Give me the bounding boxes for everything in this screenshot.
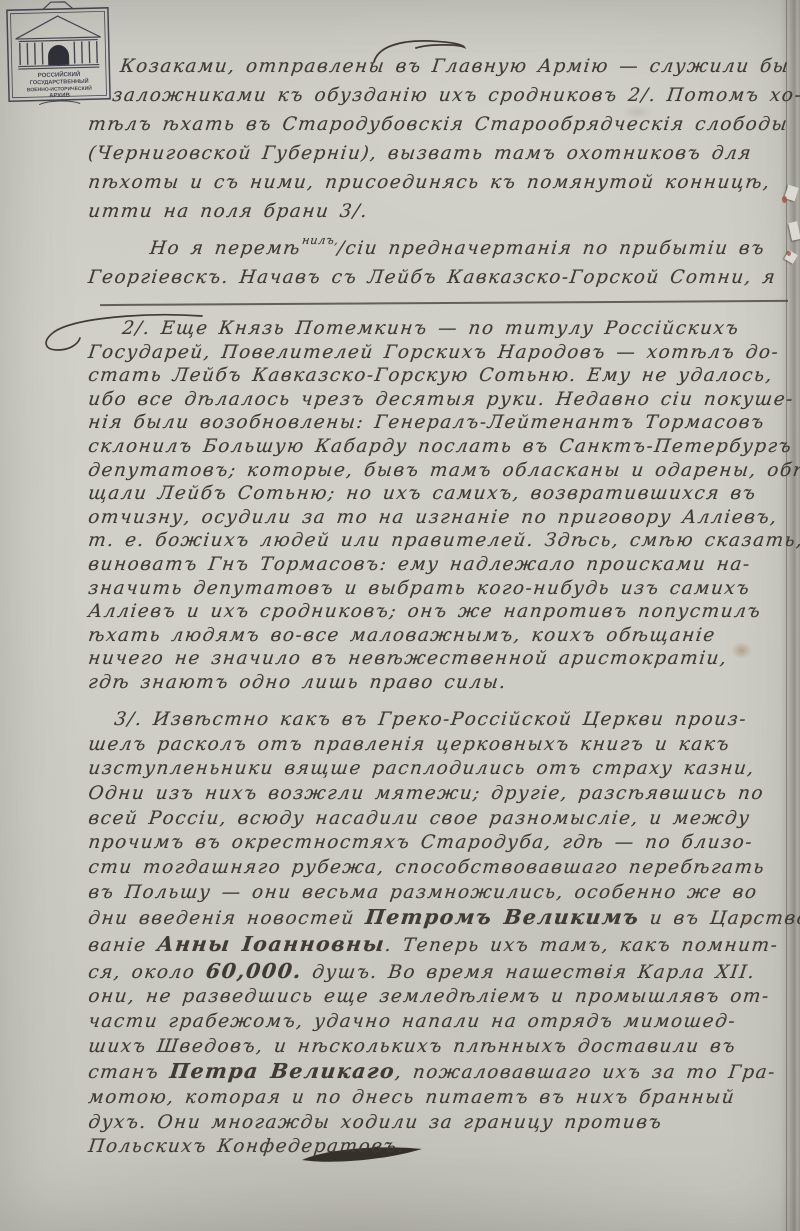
manuscript-line: дни введенія новостей Петромъ Великимъ и… xyxy=(87,905,800,932)
manuscript-line: пѣхоты и съ ними, присоединясь къ помяну… xyxy=(87,168,800,197)
manuscript-line: части грабежомъ, удачно напали на отрядъ… xyxy=(87,1010,800,1035)
manuscript-line: шихъ Шведовъ, и нѣсколькихъ плѣнныхъ дос… xyxy=(87,1035,800,1060)
text-segment: Но я перемѣ xyxy=(149,238,303,259)
manuscript-line: духъ. Они многажды ходили за границу про… xyxy=(87,1111,800,1136)
manuscript-line: 3/. Извѣстно какъ въ Греко-Россійской Це… xyxy=(113,708,800,733)
text-segment: Одни изъ нихъ возжгли мятежи; другіе, ра… xyxy=(87,783,765,804)
manuscript-line: итти на поля брани 3/. xyxy=(87,197,800,226)
text-segment: душъ. Во время нашествія Карла XII. xyxy=(301,962,757,983)
manuscript-line: депутатовъ; которые, бывъ тамъ обласканы… xyxy=(87,459,800,483)
stamp-text-line: АРХИВ xyxy=(49,93,71,100)
text-segment: станъ xyxy=(87,1062,171,1083)
text-segment: ничего не значило въ невѣжественной арис… xyxy=(87,648,729,669)
text-segment: т. е. божіихъ людей или правителей. Здѣс… xyxy=(87,530,800,551)
text-segment: сти тогдашняго рубежа, способствовавшаго… xyxy=(87,857,766,878)
inserted-word: нилъ, xyxy=(301,233,339,247)
manuscript-line: Георгіевскъ. Начавъ съ Лейбъ Кавказско-Г… xyxy=(87,263,800,292)
text-segment: шихъ Шведовъ, и нѣсколькихъ плѣнныхъ дос… xyxy=(87,1036,737,1057)
manuscript-line: ваніе Анны Іоанновны. Теперь ихъ тамъ, к… xyxy=(87,932,800,959)
manuscript-line: щали Лейбъ Сотьню; но ихъ самихъ, возвра… xyxy=(87,482,800,506)
text-segment: пѣхоты и съ ними, присоединясь къ помяну… xyxy=(87,172,772,193)
text-segment: заложниками къ обузданію ихъ сродниковъ … xyxy=(111,85,800,106)
manuscript-line: виноватъ Гнъ Тормасовъ: ему надлежало пр… xyxy=(87,553,800,577)
manuscript-line: отчизну, осудили за то на изгнаніе по пр… xyxy=(87,506,800,530)
document-page: РОССИЙСКИЙ ГОСУДАРСТВЕННЫЙ ВОЕННО-ИСТОРИ… xyxy=(0,0,800,1231)
text-segment: /сіи предначертанія по прибытіи въ xyxy=(336,238,766,259)
text-segment: Петромъ Великимъ xyxy=(364,905,641,929)
text-segment: стать Лейбъ Кавказско-Горскую Сотьню. Ем… xyxy=(87,365,774,386)
text-segment: въ Польшу — они весьма размножились, осо… xyxy=(87,882,759,903)
text-segment: гдѣ знаютъ одно лишь право силы. xyxy=(87,672,508,693)
text-segment: изступленьники вящше расплодились отъ ст… xyxy=(87,758,756,779)
manuscript-line: ся, около 60,000. душъ. Во время нашеств… xyxy=(87,959,800,986)
manuscript-line: (Черниговской Губерніи), вызвать тамъ ох… xyxy=(87,139,800,168)
manuscript-line: изступленьники вящше расплодились отъ ст… xyxy=(87,757,800,782)
manuscript-line: Государей, Повелителей Горскихъ Народовъ… xyxy=(87,341,800,365)
text-segment: тѣлъ ѣхать въ Стародубовскія Старообрядч… xyxy=(87,114,789,135)
text-segment: ѣхать людямъ во-все маловажнымъ, коихъ о… xyxy=(87,625,717,646)
text-segment: и въ Царство- xyxy=(638,908,800,929)
text-segment: итти на поля брани 3/. xyxy=(87,201,369,222)
text-segment: отчизну, осудили за то на изгнаніе по пр… xyxy=(87,507,779,528)
manuscript-line: ничего не значило въ невѣжественной арис… xyxy=(87,647,800,671)
manuscript-line: Польскихъ Конфедератовъ. xyxy=(87,1135,800,1160)
manuscript-block-2: 2/. Еще Князь Потемкинъ — по титулу Росс… xyxy=(88,317,800,695)
text-segment: они, не разведшись еще земледѣліемъ и пр… xyxy=(87,986,771,1007)
manuscript-line: тѣлъ ѣхать въ Стародубовскія Старообрядч… xyxy=(87,110,800,139)
manuscript-line: Одни изъ нихъ возжгли мятежи; другіе, ра… xyxy=(87,782,800,807)
manuscript-line: ибо все дѣлалось чрезъ десятыя руки. Нед… xyxy=(87,388,800,412)
manuscript-line: они, не разведшись еще земледѣліемъ и пр… xyxy=(87,985,800,1010)
text-segment: духъ. Они многажды ходили за границу про… xyxy=(87,1112,664,1133)
text-segment: депутатовъ; которые, бывъ тамъ обласканы… xyxy=(87,460,800,481)
manuscript-line: т. е. божіихъ людей или правителей. Здѣс… xyxy=(87,529,800,553)
text-segment: (Черниговской Губерніи), вызвать тамъ ох… xyxy=(87,143,753,164)
manuscript-line: гдѣ знаютъ одно лишь право силы. xyxy=(87,671,800,695)
text-segment: всей Россіи, всюду насадили свое разномы… xyxy=(87,808,752,829)
text-segment: 3/. Извѣстно какъ въ Греко-Россійской Це… xyxy=(113,709,748,730)
text-segment: Козаками, отправлены въ Главную Армію — … xyxy=(119,56,791,77)
text-segment: Петра Великаго xyxy=(168,1059,396,1083)
manuscript-line: мотою, которая и по днесь питаетъ въ них… xyxy=(87,1086,800,1111)
manuscript-line: сти тогдашняго рубежа, способствовавшаго… xyxy=(87,856,800,881)
section-divider-rule xyxy=(100,300,788,306)
manuscript-block-3: 3/. Извѣстно какъ въ Греко-Россійской Це… xyxy=(88,708,800,1160)
text-segment: мотою, которая и по днесь питаетъ въ них… xyxy=(87,1087,736,1108)
text-segment: ваніе xyxy=(87,935,158,956)
manuscript-line: Но я перемѣнилъ,/сіи предначертанія по п… xyxy=(148,226,800,263)
manuscript-line: 2/. Еще Князь Потемкинъ — по титулу Росс… xyxy=(121,317,800,341)
text-segment: . Теперь ихъ тамъ, какъ помнит- xyxy=(384,935,780,956)
text-segment: склонилъ Большую Кабарду послать въ Санк… xyxy=(87,436,794,457)
manuscript-line: склонилъ Большую Кабарду послать въ Санк… xyxy=(87,435,800,459)
text-segment: ибо все дѣлалось чрезъ десятыя руки. Нед… xyxy=(87,389,795,410)
text-segment: Польскихъ Конфедератовъ. xyxy=(87,1136,406,1157)
manuscript-block-1: Козаками, отправлены въ Главную Армію — … xyxy=(88,52,800,292)
text-segment: прочимъ въ окрестностяхъ Стародуба, гдѣ … xyxy=(87,832,754,853)
text-segment: Государей, Повелителей Горскихъ Народовъ… xyxy=(87,342,781,363)
text-segment: значить депутатовъ и выбрать кого-нибудь… xyxy=(87,578,752,599)
stamp-text-line: РОССИЙСКИЙ xyxy=(38,70,81,79)
text-segment: дни введенія новостей xyxy=(87,908,367,929)
text-segment: виноватъ Гнъ Тормасовъ: ему надлежало пр… xyxy=(87,554,752,575)
manuscript-line: стать Лейбъ Кавказско-Горскую Сотьню. Ем… xyxy=(87,364,800,388)
text-segment: Анны Іоанновны xyxy=(156,932,387,956)
text-segment: нія были возобновлены: Генералъ-Лейтенан… xyxy=(87,412,766,433)
manuscript-line: ѣхать людямъ во-все маловажнымъ, коихъ о… xyxy=(87,624,800,648)
text-segment: части грабежомъ, удачно напали на отрядъ… xyxy=(87,1011,737,1032)
text-segment: 60,000. xyxy=(205,959,304,983)
manuscript-line: Алліевъ и ихъ сродниковъ; онъ же напроти… xyxy=(87,600,800,624)
manuscript-line: значить депутатовъ и выбрать кого-нибудь… xyxy=(87,577,800,601)
manuscript-line: Козаками, отправлены въ Главную Армію — … xyxy=(119,52,800,81)
manuscript-line: всей Россіи, всюду насадили свое разномы… xyxy=(87,807,800,832)
manuscript-line: прочимъ въ окрестностяхъ Стародуба, гдѣ … xyxy=(87,831,800,856)
manuscript-line: заложниками къ обузданію ихъ сродниковъ … xyxy=(111,81,800,110)
text-segment: , пожаловавшаго ихъ за то Гра- xyxy=(394,1062,777,1083)
text-segment: шелъ расколъ отъ правленія церковныхъ кн… xyxy=(87,734,731,755)
manuscript-line: нія были возобновлены: Генералъ-Лейтенан… xyxy=(87,411,800,435)
text-segment: Георгіевскъ. Начавъ съ Лейбъ Кавказско-Г… xyxy=(87,267,777,288)
text-segment: Алліевъ и ихъ сродниковъ; онъ же напроти… xyxy=(87,601,762,622)
text-segment: щали Лейбъ Сотьню; но ихъ самихъ, возвра… xyxy=(87,483,758,504)
manuscript-line: станъ Петра Великаго, пожаловавшаго ихъ … xyxy=(87,1059,800,1086)
manuscript-line: въ Польшу — они весьма размножились, осо… xyxy=(87,881,800,906)
text-segment: 2/. Еще Князь Потемкинъ — по титулу Росс… xyxy=(121,318,741,339)
text-segment: ся, около xyxy=(87,962,207,983)
manuscript-line: шелъ расколъ отъ правленія церковныхъ кн… xyxy=(87,733,800,758)
